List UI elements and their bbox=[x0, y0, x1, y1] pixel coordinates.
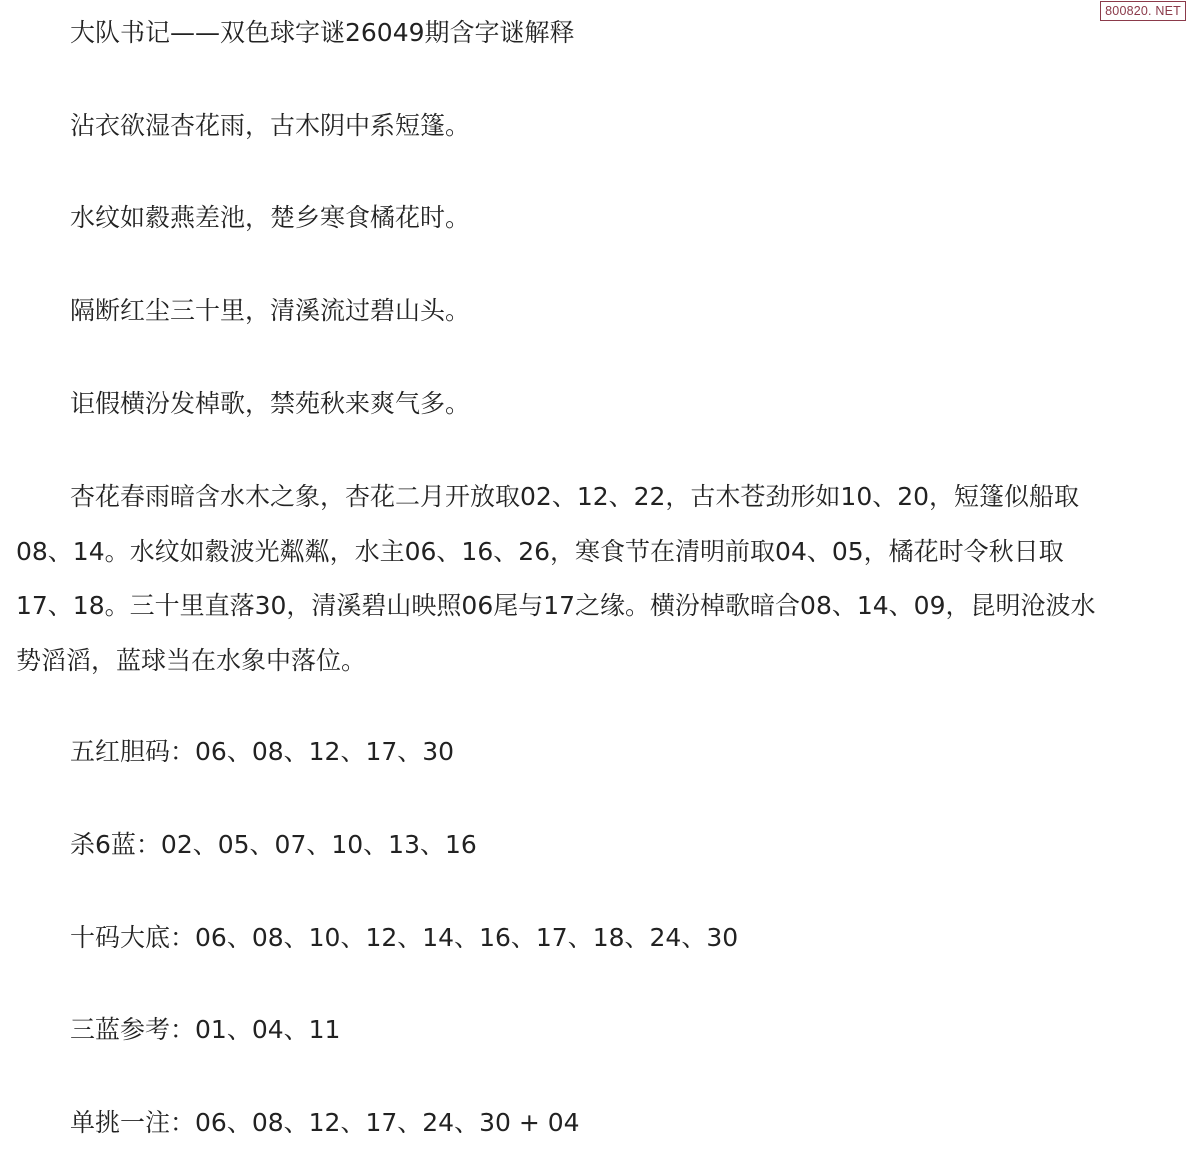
pick-value: 06、08、10、12、14、16、17、18、24、30 bbox=[195, 923, 738, 952]
pick-value: 01、04、11 bbox=[195, 1015, 340, 1044]
poem-line-4: 讵假横汾发棹歌，禁苑秋来爽气多。 bbox=[16, 377, 470, 431]
pick-value: 06、08、12、17、30 bbox=[195, 737, 454, 766]
pick-separator: ： bbox=[136, 830, 161, 859]
pick-kill-blue: 杀6蓝：02、05、07、10、13、16 bbox=[16, 818, 477, 872]
poem-line-3: 隔断红尘三十里，清溪流过碧山头。 bbox=[16, 284, 470, 338]
pick-label: 单挑一注 bbox=[70, 1108, 170, 1137]
pick-five-red: 五红胆码：06、08、12、17、30 bbox=[16, 725, 454, 779]
poem-line-1: 沾衣欲湿杏花雨，古木阴中系短篷。 bbox=[16, 99, 470, 153]
site-watermark: 800820. NET bbox=[1100, 1, 1186, 21]
pick-label: 十码大底 bbox=[70, 923, 170, 952]
pick-label: 三蓝参考 bbox=[70, 1015, 170, 1044]
pick-value: 02、05、07、10、13、16 bbox=[161, 830, 477, 859]
pick-separator: ： bbox=[170, 737, 195, 766]
pick-label: 五红胆码 bbox=[70, 737, 170, 766]
explanation-line-4: 势滔滔，蓝球当在水象中落位。 bbox=[16, 634, 1176, 689]
explanation-line-1: 杏花春雨暗含水木之象，杏花二月开放取02、12、22，古木苍劲形如10、20，短… bbox=[16, 470, 1176, 525]
pick-value: 06、08、12、17、24、30 + 04 bbox=[195, 1108, 580, 1137]
pick-three-blue: 三蓝参考：01、04、11 bbox=[16, 1003, 340, 1057]
pick-ten-base: 十码大底：06、08、10、12、14、16、17、18、24、30 bbox=[16, 911, 738, 965]
explanation-line-3: 17、18。三十里直落30，清溪碧山映照06尾与17之缘。横汾棹歌暗合08、14… bbox=[16, 579, 1176, 634]
poem-line-2: 水纹如縠燕差池，楚乡寒食橘花时。 bbox=[16, 191, 470, 245]
explanation-paragraph: 杏花春雨暗含水木之象，杏花二月开放取02、12、22，古木苍劲形如10、20，短… bbox=[16, 470, 1176, 688]
pick-separator: ： bbox=[170, 1108, 195, 1137]
article-title: 大队书记——双色球字谜26049期含字谜解释 bbox=[16, 6, 575, 60]
explanation-line-2: 08、14。水纹如縠波光粼粼，水主06、16、26，寒食节在清明前取04、05，… bbox=[16, 525, 1176, 580]
pick-separator: ： bbox=[170, 923, 195, 952]
pick-single-ticket: 单挑一注：06、08、12、17、24、30 + 04 bbox=[16, 1096, 580, 1150]
pick-label: 杀6蓝 bbox=[70, 830, 136, 859]
pick-separator: ： bbox=[170, 1015, 195, 1044]
